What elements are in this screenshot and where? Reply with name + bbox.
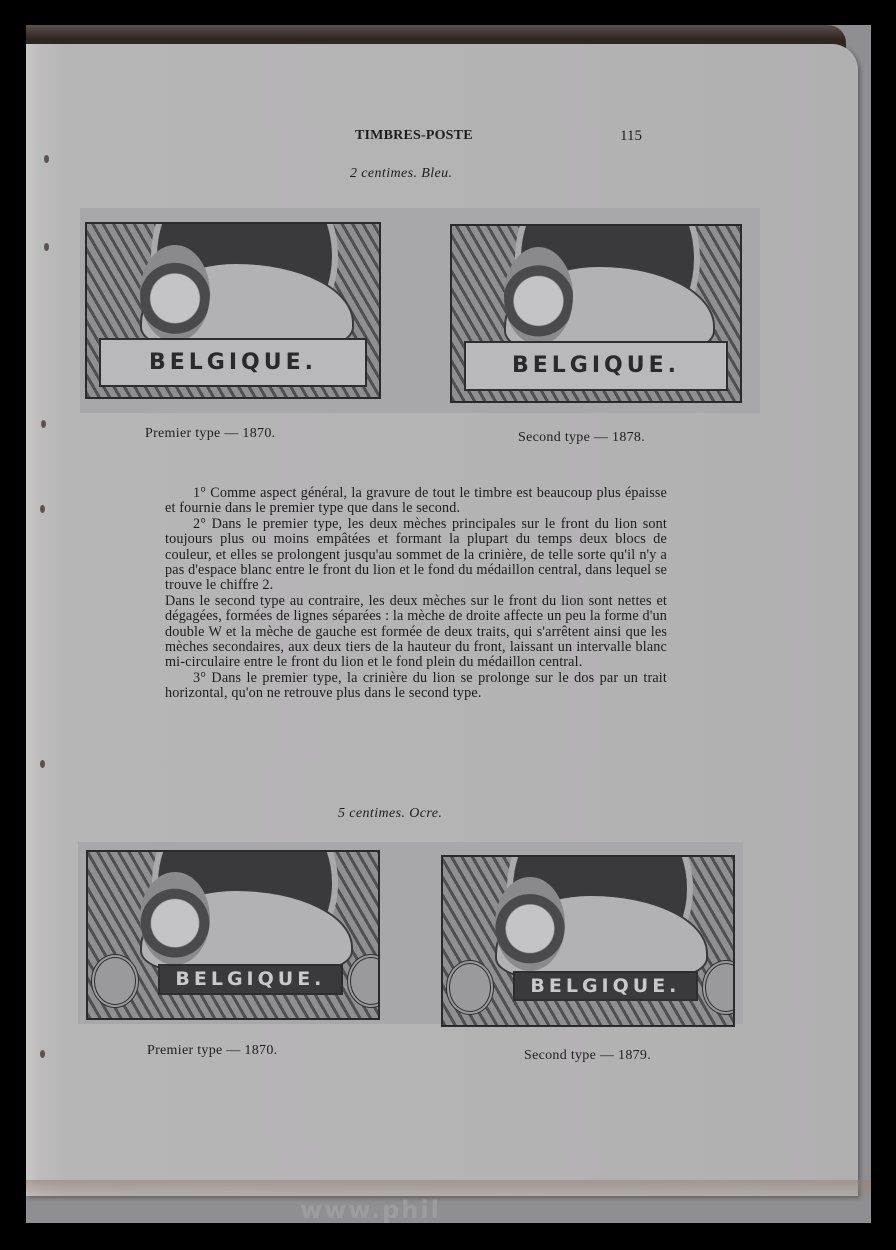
section-heading-5-centimes: 5 centimes. Ocre. [338, 806, 442, 822]
stamp-inscription: BELGIQUE. [513, 971, 699, 1002]
paragraph-2: 2° Dans le premier type, les deux mèches… [165, 517, 667, 594]
caption-5c-type-1: Premier type — 1870. [147, 1043, 277, 1059]
stamp-image-2c-type-2: BELGIQUE. [450, 224, 742, 403]
paragraph-4: 3° Dans le premier type, la crinière du … [165, 671, 667, 702]
lion-head [495, 877, 565, 971]
caption-2c-type-2: Second type — 1878. [518, 430, 645, 446]
stamp-inscription: BELGIQUE. [99, 338, 368, 387]
binding-hole [40, 505, 45, 513]
caption-5c-type-2: Second type — 1879. [524, 1048, 651, 1064]
binding-hole [40, 760, 45, 768]
rosette-left [446, 960, 495, 1015]
lion-head [140, 245, 210, 342]
paragraph-1: 1° Comme aspect général, la gravure de t… [165, 486, 667, 517]
section-heading-2-centimes: 2 centimes. Bleu. [350, 166, 452, 182]
stamp-image-5c-type-2: BELGIQUE. [441, 855, 735, 1027]
paragraph-3: Dans le second type au contraire, les de… [165, 594, 667, 671]
running-title: TIMBRES-POSTE [355, 128, 473, 144]
watermark: www.phil [300, 1196, 441, 1224]
stamp-inscription: BELGIQUE. [464, 341, 729, 391]
binding-hole [40, 1050, 45, 1058]
binding-hole [44, 243, 49, 251]
stamp-inscription: BELGIQUE. [158, 964, 344, 995]
body-text: 1° Comme aspect général, la gravure de t… [165, 486, 667, 702]
lion-head [140, 872, 210, 965]
caption-2c-type-1: Premier type — 1870. [145, 426, 275, 442]
stamp-image-5c-type-1: BELGIQUE. [86, 850, 380, 1020]
lion-head [504, 247, 573, 345]
page-number: 115 [620, 128, 642, 145]
binding-hole [44, 155, 49, 163]
page-bottom-shadow [26, 1180, 871, 1200]
stamp-image-2c-type-1: BELGIQUE. [85, 222, 381, 399]
binding-hole [41, 420, 46, 428]
